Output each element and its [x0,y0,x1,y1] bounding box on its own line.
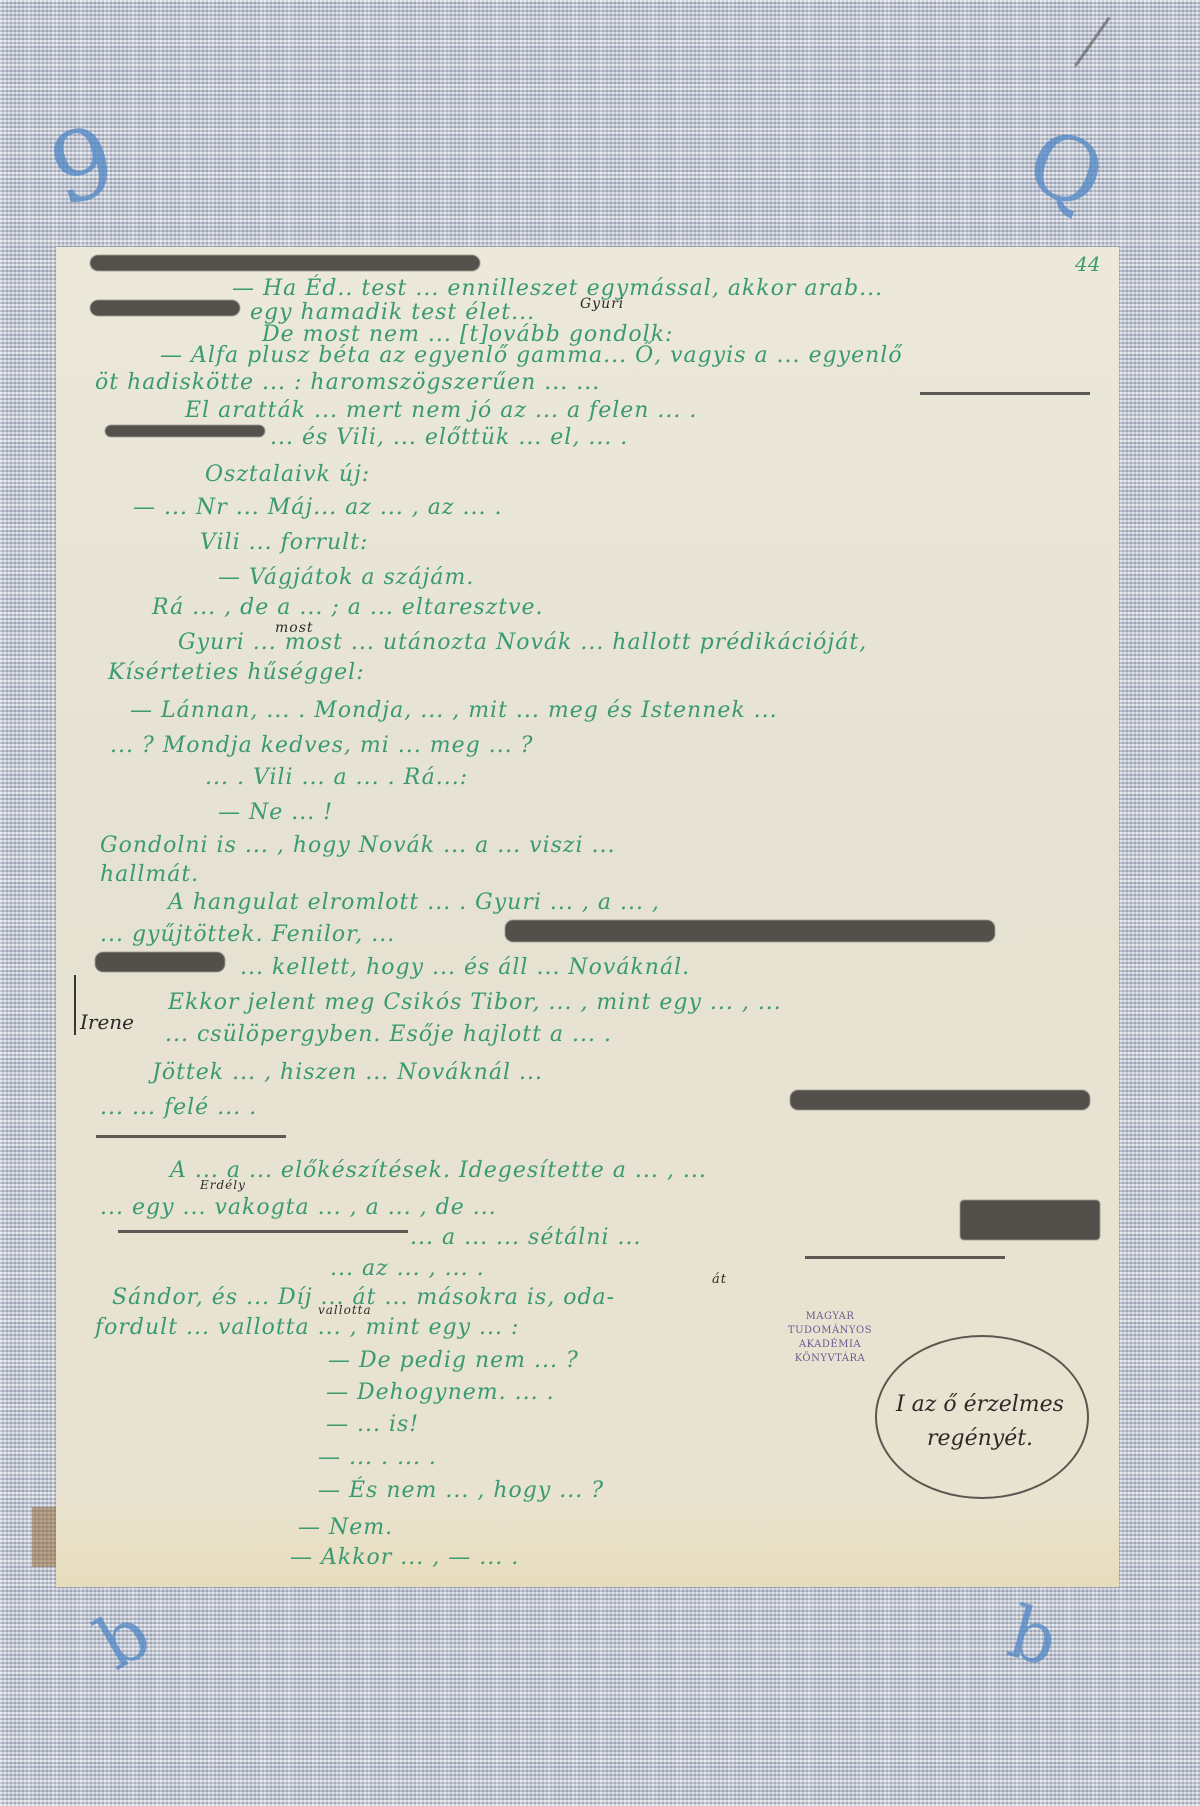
manuscript-line: A hangulat elromlott ... . Gyuri ... , a… [168,890,660,915]
crossout [960,1200,1100,1240]
manuscript-line: ... az ... , ... . [330,1256,485,1281]
manuscript-line: ... a ... ... sétálni ... [410,1225,642,1250]
manuscript-line: — Akkor ... , — ... . [290,1545,519,1570]
crossout [790,1090,1090,1110]
manuscript-line: ... kellett, hogy ... és áll ... Novákná… [240,955,690,980]
insert-gyuri: Gyuri [580,296,624,312]
corner-mark-bottom-left: b [82,1590,164,1686]
manuscript-line: ... ? Mondja kedves, mi ... meg ... ? [110,733,533,758]
strikethrough [805,1256,1005,1259]
crossout [95,952,225,972]
strikethrough [920,392,1090,395]
page-number: 44 [1075,252,1100,276]
manuscript-line: El aratták ... mert nem jó az ... a fele… [185,398,697,423]
manuscript-line: ... csülöpergyben. Esője hajlott a ... . [165,1022,612,1047]
manuscript-line: — Ne ... ! [218,800,333,825]
manuscript-line: Jöttek ... , hiszen ... Nováknál ... [152,1060,543,1085]
manuscript-line: — ... Nr ... Máj... az ... , az ... . [133,495,502,520]
manuscript-line: Rá ... , de a ... ; a ... eltaresztve. [152,595,544,620]
manuscript-line: ... és Vili, ... előttük ... el, ... . [270,425,628,450]
manuscript-line: — ... is! [326,1412,419,1437]
manuscript-line: A ... a ... előkészítések. Idegesítette … [170,1158,707,1183]
manuscript-line: ... . Vili ... a ... . Rá...: [205,765,468,790]
stamp-line-2: TUDOMÁNYOS AKADÉMIA [765,1324,895,1352]
manuscript-line: — És nem ... , hogy ... ? [318,1478,604,1503]
circled-note-line-2: regényét. [890,1422,1070,1456]
insert-most: most [275,620,314,636]
manuscript-line: — Lánnan, ... . Mondja, ... , mit ... me… [130,698,778,723]
manuscript-line: öt hadiskötte ... : haromszögszerűen ...… [95,370,600,395]
circled-note-line-1: I az ő érzelmes [890,1388,1070,1422]
insert-vallotta: vallotta [318,1303,372,1317]
manuscript-line: fordult ... vallotta ... , mint egy ... … [95,1315,519,1340]
manuscript-line: ... gyűjtöttek. Fenilor, ... [100,922,395,947]
strikethrough [118,1230,408,1233]
tape-bottom-left [32,1507,56,1567]
manuscript-line: Vili ... forrult: [200,530,368,555]
manuscript-line: Ekkor jelent meg Csikós Tibor, ... , min… [168,990,782,1015]
insert-erdely: Erdély [200,1178,246,1192]
manuscript-line: — ... . ... . [318,1445,437,1470]
circled-note: I az ő érzelmes regényét. [890,1388,1070,1456]
crossout [90,300,240,316]
corner-mark-bottom-right: b [1000,1589,1066,1682]
manuscript-line: — Ha Éd.. test ... ennilleszet egymással… [232,276,883,301]
manuscript-line: — Vágjátok a szájám. [218,565,474,590]
manuscript-line: Kísérteties hűséggel: [108,660,365,685]
manuscript-line: Osztalaivk új: [205,462,370,487]
stamp-line-1: MAGYAR [765,1310,895,1324]
manuscript-line: Gondolni is ... , hogy Novák ... a ... v… [100,833,616,858]
manuscript-line: hallmát. [100,862,199,887]
crossout [90,255,480,271]
manuscript-line: ... ... felé ... . [100,1095,257,1120]
crossout [105,425,265,437]
manuscript-line: — Nem. [298,1515,393,1540]
stamp-line-3: KÖNYVTÁRA [765,1352,895,1366]
margin-note: Irene [80,1010,134,1034]
library-stamp: MAGYAR TUDOMÁNYOS AKADÉMIA KÖNYVTÁRA [765,1310,895,1366]
manuscript-line: ... egy ... vakogta ... , a ... , de ... [100,1195,497,1220]
manuscript-line: — Dehogynem. ... . [326,1380,555,1405]
manuscript-line: — De pedig nem ... ? [328,1348,579,1373]
corner-mark-top-left: 9 [39,104,127,228]
crossout [505,920,995,942]
manuscript-line: — Alfa plusz béta az egyenlő gamma... Ő,… [160,343,903,368]
strikethrough [96,1135,286,1138]
insert-at: át [712,1272,727,1287]
pencil-slash [1074,16,1111,67]
corner-mark-top-right: Q [1015,109,1118,230]
